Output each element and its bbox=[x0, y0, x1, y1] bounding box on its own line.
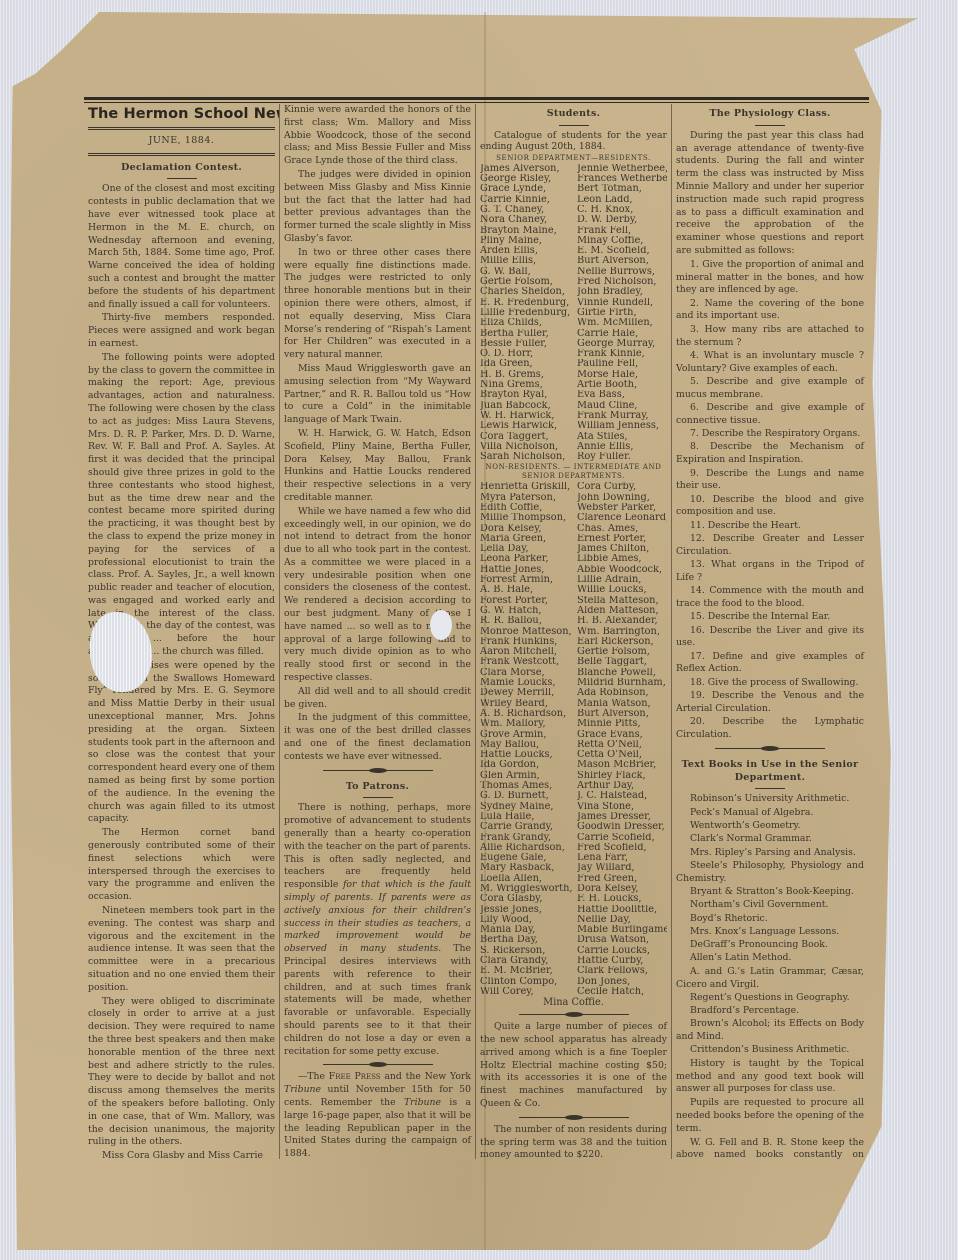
student-name: A. B. Hale, bbox=[480, 585, 575, 595]
student-name: James Chilton, bbox=[577, 544, 667, 554]
textbook-item: Bryant & Stratton’s Book-Keeping. bbox=[676, 886, 864, 899]
student-name: Forrest Armin, bbox=[480, 575, 575, 585]
physiology-intro: During the past year this class had an a… bbox=[676, 130, 864, 258]
student-name: Gertie Folsom, bbox=[577, 647, 667, 657]
student-name: Cetta O’Neil, bbox=[577, 750, 667, 760]
exam-question: 12. Describe Greater and Lesser Circulat… bbox=[676, 533, 864, 559]
exam-question: 3. How many ribs are attached to the ste… bbox=[676, 324, 864, 350]
student-name: Clara Morse, bbox=[480, 668, 575, 678]
textbook-item: Mrs. Ripley’s Parsing and Analysis. bbox=[676, 847, 864, 860]
student-name: Millie Ellis, bbox=[480, 256, 575, 266]
student-name: May Ballou, bbox=[480, 740, 575, 750]
student-name: Bertha Fuller, bbox=[480, 329, 575, 339]
student-name: Mildrid Burnham, bbox=[577, 678, 667, 688]
declamation-paragraph: Thirty-five members responded. Pieces we… bbox=[88, 312, 275, 350]
student-name: H. B. Grems, bbox=[480, 370, 575, 380]
student-name: Jessie Jones, bbox=[480, 905, 575, 915]
ornamental-divider bbox=[715, 748, 825, 749]
heading-rule bbox=[167, 178, 197, 179]
student-name: Maud Cline, bbox=[577, 401, 667, 411]
student-name: Carrie Loucks, bbox=[577, 946, 667, 956]
student-name: Alden Matteson, bbox=[577, 606, 667, 616]
exam-question: 13. What organs in the Tripod of Life ? bbox=[676, 559, 864, 585]
newspaper-columns: The Hermon School News. JUNE, 1884. Decl… bbox=[84, 104, 869, 1159]
declamation-paragraph: Miss Cora Glasby and Miss Carrie bbox=[88, 1150, 275, 1159]
torn-hole-small bbox=[430, 610, 452, 640]
student-name: Hattie Loucks, bbox=[480, 750, 575, 760]
student-name: George Risley, bbox=[480, 174, 575, 184]
student-name: G. T. Chaney, bbox=[480, 205, 575, 215]
student-name: Thomas Ames, bbox=[480, 781, 575, 791]
student-name: R. R. Ballou, bbox=[480, 616, 575, 626]
student-name: Grove Armin, bbox=[480, 730, 575, 740]
student-name: Don Jones, bbox=[577, 977, 667, 987]
ornamental-divider bbox=[519, 1117, 629, 1118]
student-name: Mable Burlingame, bbox=[577, 925, 667, 935]
student-name: Carrie Kinnie, bbox=[480, 195, 575, 205]
student-name: G. D. Burnett, bbox=[480, 791, 575, 801]
declamation-paragraph: Nineteen members took part in the evenin… bbox=[88, 905, 275, 995]
student-name: Belle Taggart, bbox=[577, 657, 667, 667]
textbook-item: Clark’s Normal Grammar. bbox=[676, 833, 864, 846]
masthead-rule bbox=[84, 97, 869, 100]
date-rule bbox=[88, 153, 275, 156]
student-name: Carrie Grandy, bbox=[480, 822, 575, 832]
textbook-item: Allen’s Latin Method. bbox=[676, 952, 864, 965]
student-name: Retta O’Neil, bbox=[577, 740, 667, 750]
student-name: Stella Matteson, bbox=[577, 596, 667, 606]
student-name: Hattie Doolittle, bbox=[577, 905, 667, 915]
textbook-item: Boyd’s Rhetoric. bbox=[676, 913, 864, 926]
heading-rule bbox=[559, 125, 589, 126]
student-name: Myra Paterson, bbox=[480, 493, 575, 503]
textbook-note: History is taught by the Topical method … bbox=[676, 1058, 864, 1096]
declamation-continued: W. H. Harwick, G. W. Hatch, Edson Scofie… bbox=[284, 428, 471, 505]
student-name: Sydney Maine, bbox=[480, 802, 575, 812]
student-name: Jay Willard, bbox=[577, 863, 667, 873]
ornamental-divider bbox=[519, 1014, 629, 1015]
student-name: Fred Green, bbox=[577, 874, 667, 884]
textbook-item: Peck’s Manual of Algebra. bbox=[676, 807, 864, 820]
exam-question: 8. Describe the Mechanism of Expiration … bbox=[676, 441, 864, 467]
non-resident-notice: The number of non residents during the s… bbox=[480, 1124, 667, 1159]
exam-question: 19. Describe the Venous and the Arterial… bbox=[676, 690, 864, 716]
heading-rule bbox=[755, 788, 785, 789]
exam-question: 15. Describe the Internal Ear. bbox=[676, 611, 864, 624]
textbook-item: Regent’s Questions in Geography. bbox=[676, 992, 864, 1005]
student-name: Leona Parker, bbox=[480, 554, 575, 564]
student-name: Minnie Pitts, bbox=[577, 719, 667, 729]
declamation-continued: In two or three other cases there were e… bbox=[284, 247, 471, 362]
student-name: Vinnie Rundell, bbox=[577, 298, 667, 308]
student-name: Drusa Watson, bbox=[577, 935, 667, 945]
patrons-heading: To Patrons. bbox=[284, 777, 471, 796]
student-name: Juan Babcock, bbox=[480, 401, 575, 411]
student-name: C. H. Knox, bbox=[577, 205, 667, 215]
student-name: Libbie Ames, bbox=[577, 554, 667, 564]
student-name: Wm. Barrington, bbox=[577, 627, 667, 637]
student-name: Vina Stone, bbox=[577, 802, 667, 812]
student-name: Clinton Compo, bbox=[480, 977, 575, 987]
exam-question: 14. Commence with the mouth and trace th… bbox=[676, 585, 864, 611]
student-name: Nellie Burrows, bbox=[577, 267, 667, 277]
student-name: Villa Nicholson, bbox=[480, 442, 575, 452]
textbook-item: Steele’s Philosophy, Physiology and Chem… bbox=[676, 860, 864, 886]
student-name: Morse Hale, bbox=[577, 370, 667, 380]
student-name: Allie Richardson, bbox=[480, 843, 575, 853]
student-name: Clarence Leonard, bbox=[577, 513, 667, 523]
exam-question: 6. Describe and give example of connecti… bbox=[676, 402, 864, 428]
student-name: Frank Hunkins, bbox=[480, 637, 575, 647]
exam-questions-list: 1. Give the proportion of animal and min… bbox=[676, 259, 864, 742]
heading-rule bbox=[363, 797, 393, 798]
exam-question: 5. Describe and give example of mucus me… bbox=[676, 376, 864, 402]
student-name: Minay Coffie, bbox=[577, 236, 667, 246]
student-name: Maria Green, bbox=[480, 534, 575, 544]
student-name: Lena Farr, bbox=[577, 853, 667, 863]
student-name: Hattie Curby, bbox=[577, 956, 667, 966]
student-name: George Murray, bbox=[577, 339, 667, 349]
student-name: Lillie Adrain, bbox=[577, 575, 667, 585]
column-3: Students. Catalogue of students for the … bbox=[476, 104, 672, 1159]
student-name: Grace Lynde, bbox=[480, 184, 575, 194]
student-name: Goodwin Dresser, bbox=[577, 822, 667, 832]
exam-question: 1. Give the proportion of animal and min… bbox=[676, 259, 864, 297]
student-name: G. W. Ball, bbox=[480, 267, 575, 277]
student-name: D. W. Derby, bbox=[577, 215, 667, 225]
textbook-note: W. G. Fell and B. R. Stone keep the abov… bbox=[676, 1137, 864, 1159]
student-name: Pauline Fell, bbox=[577, 359, 667, 369]
student-name: E. M. Scofield, bbox=[577, 246, 667, 256]
student-name: S. Rickerson, bbox=[480, 946, 575, 956]
student-name: Cora Taggert, bbox=[480, 432, 575, 442]
student-name: Lula Haile, bbox=[480, 812, 575, 822]
textbook-item: DeGraff’s Pronouncing Book. bbox=[676, 939, 864, 952]
textbook-item: Wentworth’s Geometry. bbox=[676, 820, 864, 833]
textbooks-list: Robinson’s University Arithmetic.Peck’s … bbox=[676, 793, 864, 1057]
student-name: Lelia Day, bbox=[480, 544, 575, 554]
student-name: M. Wrigglesworth, bbox=[480, 884, 575, 894]
student-name: Dora Kelsey, bbox=[577, 884, 667, 894]
student-name: Lillie Fredenburg, bbox=[480, 308, 575, 318]
student-name: Will Corey, bbox=[480, 987, 575, 997]
student-name: Annie Ellis, bbox=[577, 442, 667, 452]
student-name: Girtie Firth, bbox=[577, 308, 667, 318]
student-name: E. R. Fredenburg, bbox=[480, 298, 575, 308]
student-name: Shirley Flack, bbox=[577, 771, 667, 781]
student-name: J. C. Halstead, bbox=[577, 791, 667, 801]
declamation-paragraph: One of the closest and most exciting con… bbox=[88, 183, 275, 311]
textbook-item: Mrs. Knox’s Language Lessons. bbox=[676, 926, 864, 939]
student-name: E. M. McBrier, bbox=[480, 966, 575, 976]
student-name: Earl Rickerson, bbox=[577, 637, 667, 647]
student-name: Mania Day, bbox=[480, 925, 575, 935]
student-name: Frank Murray, bbox=[577, 411, 667, 421]
heading-rule bbox=[755, 125, 785, 126]
title-rule bbox=[88, 127, 275, 130]
student-name: Bertha Day, bbox=[480, 935, 575, 945]
textbook-item: A. and G.’s Latin Grammar, Cæsar, Cicero… bbox=[676, 966, 864, 992]
student-name: Leon Ladd, bbox=[577, 195, 667, 205]
student-name: Frank Fell, bbox=[577, 226, 667, 236]
student-name: Lewis Harwick, bbox=[480, 421, 575, 431]
apparatus-notice: Quite a large number of pieces of the ne… bbox=[480, 1021, 667, 1111]
student-name: Fred Nicholson, bbox=[577, 277, 667, 287]
issue-date: JUNE, 1884. bbox=[88, 132, 275, 151]
student-name: Nora Chaney, bbox=[480, 215, 575, 225]
ornamental-divider bbox=[323, 1064, 433, 1065]
student-name: Ida Green, bbox=[480, 359, 575, 369]
student-name: Clark Fellows, bbox=[577, 966, 667, 976]
declamation-continued: The judges were divided in opinion betwe… bbox=[284, 169, 471, 246]
patrons-paragraph: There is nothing, perhaps, more promotiv… bbox=[284, 802, 471, 1058]
student-name: Wriley Beard, bbox=[480, 699, 575, 709]
non-residents-label: Non-Residents. — Intermediate and Senior… bbox=[480, 463, 667, 481]
exam-question: 2. Name the covering of the bone and its… bbox=[676, 298, 864, 324]
student-name: Roy Fuller. bbox=[577, 452, 667, 462]
student-name: Chas. Ames, bbox=[577, 524, 667, 534]
student-name: Burt Alverson, bbox=[577, 709, 667, 719]
textbook-item: Bradford’s Percentage. bbox=[676, 1005, 864, 1018]
student-name: Frank Kinnie, bbox=[577, 349, 667, 359]
student-name: Mary Rasback, bbox=[480, 863, 575, 873]
student-name: Burt Alverson, bbox=[577, 256, 667, 266]
student-name: Wm. Mallory, bbox=[480, 719, 575, 729]
declamation-paragraph: They were obliged to discriminate closel… bbox=[88, 996, 275, 1150]
student-name: Carrie Scofield, bbox=[577, 833, 667, 843]
student-name: G. W. Hatch, bbox=[480, 606, 575, 616]
student-name: Dora Kelsey, bbox=[480, 524, 575, 534]
textbook-item: Robinson’s University Arithmetic. bbox=[676, 793, 864, 806]
student-name: Cora Curby, bbox=[577, 482, 667, 492]
student-name: Charles Sheldon, bbox=[480, 287, 575, 297]
textbook-note: Pupils are requested to procure all need… bbox=[676, 1097, 864, 1135]
declamation-heading: Declamation Contest. bbox=[88, 158, 275, 177]
student-name: Henrietta Griskill, bbox=[480, 482, 575, 492]
student-name: Clara Grandy, bbox=[480, 956, 575, 966]
student-name: Brayton Ryal, bbox=[480, 390, 575, 400]
student-name: Nellie Day, bbox=[577, 915, 667, 925]
student-name: James Alverson, bbox=[480, 164, 575, 174]
student-name: Lily Wood, bbox=[480, 915, 575, 925]
declamation-paragraph: The Hermon cornet band generously contri… bbox=[88, 827, 275, 904]
student-name: Sarah Nicholson, bbox=[480, 452, 575, 462]
senior-residents-label: Senior Department—Residents. bbox=[480, 154, 667, 163]
student-name: Blanche Powell, bbox=[577, 668, 667, 678]
student-name: Dewey Merrill, bbox=[480, 688, 575, 698]
exam-question: 10. Describe the blood and give composit… bbox=[676, 494, 864, 520]
student-name: Monroe Matteson, bbox=[480, 627, 575, 637]
student-name: Jennie Wetherbee, bbox=[577, 164, 667, 174]
student-name: Abbie Woodcock, bbox=[577, 565, 667, 575]
student-name: Grace Evans, bbox=[577, 730, 667, 740]
exam-question: 4. What is an involuntary muscle ? Volun… bbox=[676, 350, 864, 376]
textbook-item: Northam’s Civil Government. bbox=[676, 899, 864, 912]
student-name: Cora Glasby, bbox=[480, 894, 575, 904]
declamation-continued: Miss Maud Wrigglesworth gave an amusing … bbox=[284, 363, 471, 427]
student-name: Artie Booth, bbox=[577, 380, 667, 390]
exam-question: 18. Give the process of Swallowing. bbox=[676, 677, 864, 690]
exam-question: 17. Define and give examples of Reflex A… bbox=[676, 651, 864, 677]
senior-residents-list: James Alverson,Jennie Wetherbee,George R… bbox=[480, 164, 667, 463]
student-name: Ata Stiles, bbox=[577, 432, 667, 442]
student-name: Aaron Mitchell, bbox=[480, 647, 575, 657]
student-name: Eliza Childs, bbox=[480, 318, 575, 328]
student-name: William Jenness, bbox=[577, 421, 667, 431]
student-name: Pliny Maine, bbox=[480, 236, 575, 246]
free-press-notice: —The Free Press and the New York Tribune… bbox=[284, 1071, 471, 1159]
non-residents-list: Henrietta Griskill,Cora Curby,Myra Pater… bbox=[480, 482, 667, 997]
student-name: Carrie Hale, bbox=[577, 329, 667, 339]
student-name: Mamie Loucks, bbox=[480, 678, 575, 688]
student-name: Webster Parker, bbox=[577, 503, 667, 513]
declamation-continued: In the judgment of this committee, it wa… bbox=[284, 712, 471, 763]
student-name: Cecile Hatch, bbox=[577, 987, 667, 997]
student-name: Mania Watson, bbox=[577, 699, 667, 709]
student-name: Ada Robinson, bbox=[577, 688, 667, 698]
masthead-rule-thin bbox=[84, 102, 869, 103]
student-name: Eugene Gale, bbox=[480, 853, 575, 863]
declamation-continued: All did well and to all should credit be… bbox=[284, 686, 471, 712]
exam-question: 16. Describe the Liver and give its use. bbox=[676, 625, 864, 651]
student-name: Loella Allen, bbox=[480, 874, 575, 884]
student-name: Willie Loucks, bbox=[577, 585, 667, 595]
student-name: Eva Bass, bbox=[577, 390, 667, 400]
student-name: Gertie Folsom, bbox=[480, 277, 575, 287]
student-name: Wm. McMillen, bbox=[577, 318, 667, 328]
student-name: Ida Gordon, bbox=[480, 760, 575, 770]
student-name: James Dresser, bbox=[577, 812, 667, 822]
student-name: Forest Porter, bbox=[480, 596, 575, 606]
student-name: John Bradley, bbox=[577, 287, 667, 297]
student-name: Edith Coffie, bbox=[480, 503, 575, 513]
textbook-notes: History is taught by the Topical method … bbox=[676, 1058, 864, 1159]
exam-question: 20. Describe the Lymphatic Circulation. bbox=[676, 716, 864, 742]
students-heading: Students. bbox=[480, 104, 667, 123]
student-name: Ernest Porter, bbox=[577, 534, 667, 544]
student-name: Frank Grandy, bbox=[480, 833, 575, 843]
textbook-item: Crittendon’s Business Arithmetic. bbox=[676, 1044, 864, 1057]
textbooks-heading: Text Books in Use in the Senior Departme… bbox=[676, 755, 864, 787]
student-name: O. D. Horr, bbox=[480, 349, 575, 359]
declamation-continued: Kinnie were awarded the honors of the fi… bbox=[284, 104, 471, 168]
student-name: Nina Grems, bbox=[480, 380, 575, 390]
student-name: Millie Thompson, bbox=[480, 513, 575, 523]
student-name: Bert Totman, bbox=[577, 184, 667, 194]
column-4: The Physiology Class. During the past ye… bbox=[672, 104, 868, 1159]
student-name: Arthur Day, bbox=[577, 781, 667, 791]
student-name: Mina Coffie. bbox=[480, 997, 667, 1008]
student-name: Frances Wetherbee, bbox=[577, 174, 667, 184]
student-name: Glen Armin, bbox=[480, 771, 575, 781]
textbook-item: Brown’s Alcohol; its Effects on Body and… bbox=[676, 1018, 864, 1044]
student-name: Arden Ellis, bbox=[480, 246, 575, 256]
student-name: Bessie Fuller, bbox=[480, 339, 575, 349]
newspaper-title: The Hermon School News. bbox=[88, 104, 275, 125]
student-name: Brayton Maine, bbox=[480, 226, 575, 236]
declamation-continued: While we have named a few who did exceed… bbox=[284, 506, 471, 685]
exam-question: 9. Describe the Lungs and name their use… bbox=[676, 468, 864, 494]
students-intro: Catalogue of students for the year endin… bbox=[480, 130, 667, 153]
student-name: Frank Westcott, bbox=[480, 657, 575, 667]
student-name: Hattie Jones, bbox=[480, 565, 575, 575]
physiology-heading: The Physiology Class. bbox=[676, 104, 864, 123]
exam-question: 7. Describe the Respiratory Organs. bbox=[676, 428, 864, 441]
student-name: W. H. Harwick, bbox=[480, 411, 575, 421]
student-name: Fred Scofield, bbox=[577, 843, 667, 853]
ornamental-divider bbox=[323, 770, 433, 771]
student-name: F. H. Loucks, bbox=[577, 894, 667, 904]
student-name: H. B. Alexander, bbox=[577, 616, 667, 626]
student-name: A. B. Richardson, bbox=[480, 709, 575, 719]
student-name: Mason McBrier, bbox=[577, 760, 667, 770]
student-name: John Downing, bbox=[577, 493, 667, 503]
exam-question: 11. Describe the Heart. bbox=[676, 520, 864, 533]
